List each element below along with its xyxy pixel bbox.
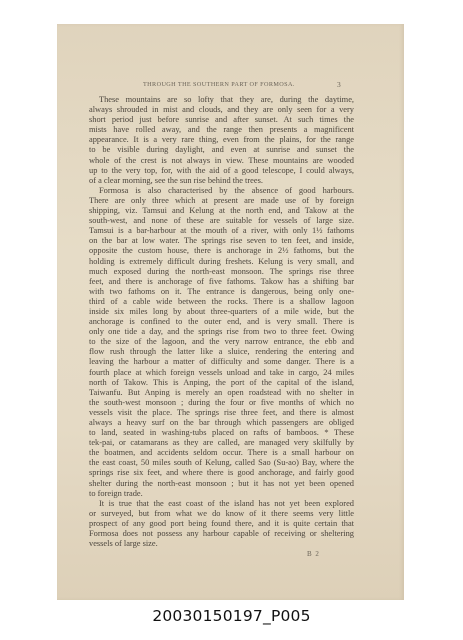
text-line: holding is extremely difficult during fr… [89,257,354,267]
text-line: It is true that the east coast of the is… [89,499,354,509]
text-line: tek-pai, or catamarans as they are calle… [89,438,354,448]
text-line: prospect of any good port being found th… [89,519,354,529]
text-line: vessels of large size. [89,539,354,549]
text-line: always shrouded in mist and clouds, and … [89,105,354,115]
text-line: only one tide a day, and the springs ris… [89,327,354,337]
text-line: vessels visit the place. The springs ris… [89,408,354,418]
text-line: Formosa is also characterised by the abs… [89,186,354,196]
text-line: with two fathoms on it. The entrance is … [89,287,354,297]
text-line: mists have rolled away, and the range th… [89,125,354,135]
signature-mark: B 2 [307,550,320,558]
text-line: south-west, and none of these are suitab… [89,216,354,226]
text-line: anchorage is confined to the outer end, … [89,317,354,327]
text-line: short period just before sunrise and aft… [89,115,354,125]
text-line: to be visible during daylight, and even … [89,145,354,155]
text-line: flow rush through the latter like a slui… [89,347,354,357]
text-line: much exposed during the north-east monso… [89,267,354,277]
text-line: to foreign trade. [89,489,354,499]
text-line: appearance. It is a very rare thing, eve… [89,135,354,145]
text-line: or surveyed, but from what we do know of… [89,509,354,519]
text-line: always a heavy surf on the bar through w… [89,418,354,428]
text-line: to the size of the lagoon, and the very … [89,337,354,347]
text-line: shipping, viz. Tamsui and Kelung at the … [89,206,354,216]
text-line: north of Takow. This is Anping, the port… [89,378,354,388]
text-line: third of a cable wide between the rocks.… [89,297,354,307]
text-line: These mountains are so lofty that they a… [89,95,354,105]
text-line: Taiwanfu. But Anping is merely an open r… [89,388,354,398]
text-line: leaving the harbour a matter of difficul… [89,357,354,367]
running-head: THROUGH THE SOUTHERN PART OF FORMOSA. [143,81,355,88]
text-line: There are only three which at present ar… [89,196,354,206]
text-line: opposite the custom house, there is anch… [89,246,354,256]
text-line: the boatmen, and accidents seldom occur.… [89,448,354,458]
text-line: to land, seated in washing-tubs placed o… [89,428,354,438]
text-line: feet, and there is anchorage of five fat… [89,277,354,287]
text-line: Tamsui is a bar-harbour at the mouth of … [89,226,354,236]
text-line: of a clear morning, see the sun rise beh… [89,176,354,186]
text-line: the east coast, 50 miles south of Kelung… [89,458,354,468]
text-line: up to the very top, for, with the aid of… [89,166,354,176]
scanned-book-page: THROUGH THE SOUTHERN PART OF FORMOSA. 3 … [57,24,404,600]
text-line: Formosa does not possess any harbour cap… [89,529,354,539]
text-line: on the bar at low water. The springs ris… [89,236,354,246]
text-line: the south-west monsoon ; during the four… [89,398,354,408]
body-text: These mountains are so lofty that they a… [89,95,354,549]
text-line: whole of the crest is not always in view… [89,156,354,166]
text-line: fourth place at which foreign vessels un… [89,368,354,378]
page-number: 3 [337,80,341,89]
text-line: shelter during the north-east monsoon ; … [89,479,354,489]
text-line: inside six miles long by about three-qua… [89,307,354,317]
image-caption: 20030150197_P005 [0,607,463,625]
text-line: springs rise six feet, and where there i… [89,468,354,478]
